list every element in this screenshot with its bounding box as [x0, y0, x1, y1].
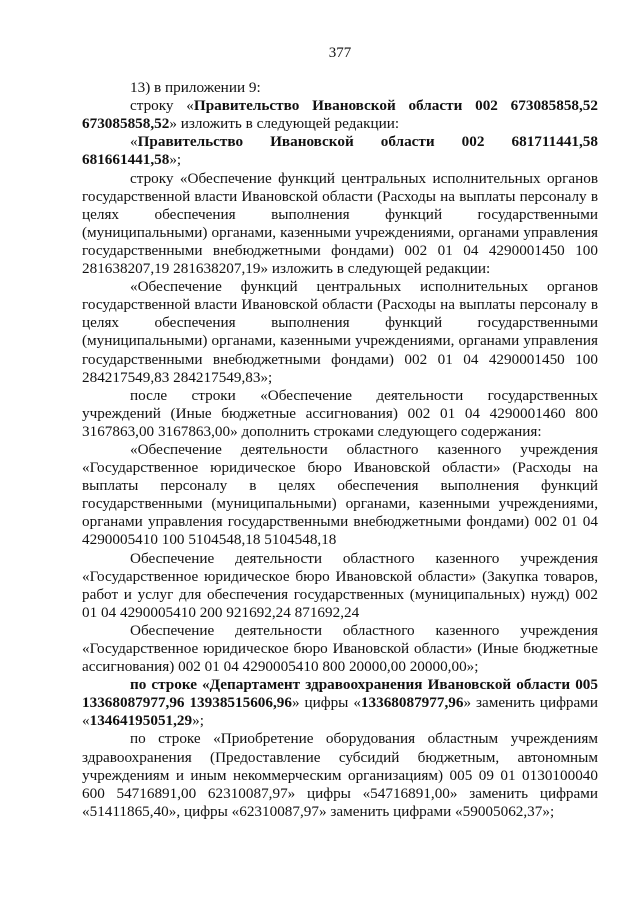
paragraph-8: Обеспечение деятельности областного казе…: [82, 550, 598, 622]
text-run: строку «: [130, 97, 194, 114]
paragraph-10: по строке «Департамент здравоохранения И…: [82, 676, 598, 730]
paragraph-1: 13) в приложении 9:: [82, 79, 598, 97]
text-run: Обеспечение деятельности областного казе…: [82, 622, 598, 675]
text-run: по строке «Приобретение оборудования обл…: [82, 730, 598, 819]
paragraph-7: «Обеспечение деятельности областного каз…: [82, 441, 598, 550]
bold-text: Правительство Ивановской области 002 681…: [82, 133, 598, 168]
page-number: 377: [82, 44, 598, 62]
bold-text: 13464195051,29: [90, 712, 193, 729]
text-run: »;: [192, 712, 204, 729]
text-run: «Обеспечение деятельности областного каз…: [82, 441, 598, 548]
text-run: Обеспечение деятельности областного казе…: [82, 550, 598, 621]
text-run: «: [130, 133, 138, 150]
paragraph-6: после строки «Обеспечение деятельности г…: [82, 387, 598, 441]
paragraph-3: «Правительство Ивановской области 002 68…: [82, 133, 598, 169]
text-run: » изложить в следующей редакции:: [169, 115, 399, 132]
text-run: 13) в приложении 9:: [130, 79, 261, 96]
document-body: 13) в приложении 9:строку «Правительство…: [82, 79, 598, 821]
paragraph-9: Обеспечение деятельности областного казе…: [82, 622, 598, 676]
text-run: строку «Обеспечение функций центральных …: [82, 170, 598, 277]
text-run: »;: [169, 151, 181, 168]
paragraph-5: «Обеспечение функций центральных исполни…: [82, 278, 598, 387]
document-page: 377 13) в приложении 9:строку «Правитель…: [82, 44, 598, 821]
text-run: после строки «Обеспечение деятельности г…: [82, 387, 598, 440]
text-run: » цифры «: [292, 694, 361, 711]
text-run: «Обеспечение функций центральных исполни…: [82, 278, 598, 385]
paragraph-2: строку «Правительство Ивановской области…: [82, 97, 598, 133]
paragraph-4: строку «Обеспечение функций центральных …: [82, 170, 598, 279]
paragraph-11: по строке «Приобретение оборудования обл…: [82, 730, 598, 820]
bold-text: 13368087977,96: [361, 694, 464, 711]
